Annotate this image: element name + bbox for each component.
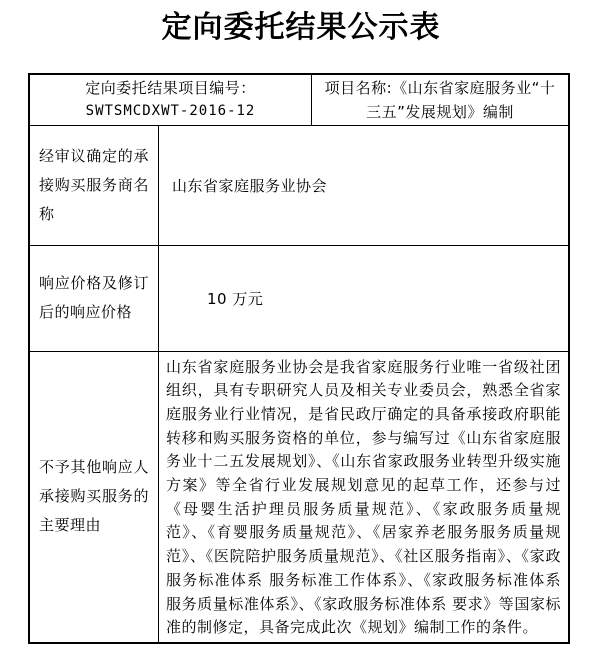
vendor-label-cell: 经审议确定的承接购买服务商名称 [30, 126, 159, 245]
document-page: 定向委托结果公示表 定向委托结果项目编号： SWTSMCDXWT-2016-12… [0, 0, 602, 660]
table-row-price: 响应价格及修订后的响应价格 10 万元 [30, 245, 568, 350]
project-number-cell: 定向委托结果项目编号： SWTSMCDXWT-2016-12 [30, 75, 312, 125]
project-number-label: 定向委托结果项目编号： [85, 77, 256, 100]
price-label-cell: 响应价格及修订后的响应价格 [30, 246, 159, 350]
price-value: 10 万元 [207, 288, 263, 309]
table-row-reason: 不予其他响应人承接购买服务的主要理由 山东省家庭服务业协会是我省家庭服务行业唯一… [30, 351, 568, 642]
vendor-value: 山东省家庭服务业协会 [172, 175, 327, 196]
reason-label-cell: 不予其他响应人承接购买服务的主要理由 [30, 352, 159, 642]
reason-value: 山东省家庭服务业协会是我省家庭服务行业唯一省级社团组织，具有专职研究人员及相关专… [166, 356, 561, 640]
table-row-header: 定向委托结果项目编号： SWTSMCDXWT-2016-12 项目名称:《山东省… [30, 75, 568, 125]
vendor-label: 经审议确定的承接购买服务商名称 [39, 142, 149, 229]
project-name-cell: 项目名称:《山东省家庭服务业“十三五”发展规划》编制 [312, 75, 568, 125]
reason-label: 不予其他响应人承接购买服务的主要理由 [39, 453, 149, 540]
vendor-value-cell: 山东省家庭服务业协会 [159, 126, 568, 245]
reason-value-cell: 山东省家庭服务业协会是我省家庭服务行业唯一省级社团组织，具有专职研究人员及相关专… [159, 352, 568, 642]
result-table: 定向委托结果项目编号： SWTSMCDXWT-2016-12 项目名称:《山东省… [28, 73, 570, 644]
price-label: 响应价格及修订后的响应价格 [39, 269, 149, 327]
table-row-vendor: 经审议确定的承接购买服务商名称 山东省家庭服务业协会 [30, 125, 568, 245]
page-title: 定向委托结果公示表 [0, 2, 602, 46]
project-number-value: SWTSMCDXWT-2016-12 [86, 100, 256, 123]
project-name-text: 项目名称:《山东省家庭服务业“十三五”发展规划》编制 [322, 76, 558, 124]
price-value-cell: 10 万元 [159, 246, 568, 350]
